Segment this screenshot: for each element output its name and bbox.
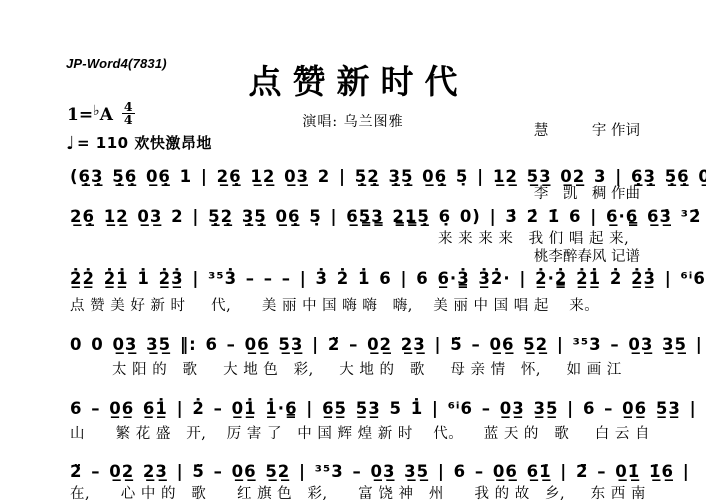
notation-line-4: 0 0 0̲3̲ 3̲5̲ ‖: 6 – 0̲6̲ 5̲3̲ | 2̈ – 0̲… bbox=[70, 333, 703, 357]
notation-line-5: 6 – 0̲6̲ 6̲1̲̇ | 2̇ – 0̲1̲̇ 1̲̇·6̳ | 6̲5… bbox=[70, 397, 697, 421]
time-signature-bottom: 4 bbox=[122, 114, 135, 125]
key-time-signature: 1=♭A44 bbox=[67, 102, 135, 125]
tempo-text: = 110 欢快激昂地 bbox=[77, 134, 212, 152]
notation-line-1: (6̣̲3̣̲ 5̣̲6̣̲ 0̲6̣̲ 1 | 2̲6̣̲ 1̲2̲ 0̲3̲… bbox=[70, 165, 706, 189]
flat-icon: ♭ bbox=[93, 103, 100, 119]
notation-line-3: 2̲̇2̲̇ 2̲̇1̲̇ 1̇ 2̲̇3̲̇ | ³⁵3̇ – – – | 3… bbox=[70, 267, 706, 291]
sheet-music-page: JP-Word4(7831) 点赞新时代 演唱: 乌兰图雅 慧 宇 作词 李 凯… bbox=[0, 0, 706, 500]
score: (6̣̲3̣̲ 5̣̲6̣̲ 0̲6̣̲ 1 | 2̲6̣̲ 1̲2̲ 0̲3̲… bbox=[70, 163, 656, 500]
lyrics-line-3: 点 赞 美 好 新 时 代, 美 丽 中 国 嗨 嗨 嗨, 美 丽 中 国 唱 … bbox=[70, 296, 599, 316]
tempo-marking: ♩= 110 欢快激昂地 bbox=[66, 132, 212, 154]
lyrics-line-4: 太 阳 的 歌 大 地 色 彩, 大 地 的 歌 母 亲 情 怀, 如 画 江 bbox=[70, 360, 622, 380]
key-note: A bbox=[100, 105, 113, 125]
notation-line-6: 2̈ – 0̲2̲ 2̲3̲ | 5̈ – 0̲6̲ 5̲2̲ | ³⁵3 – … bbox=[70, 460, 690, 484]
lyrics-line-2: 来 来 来 来 我 们 唱 起 来, bbox=[70, 229, 629, 249]
lyrics-line-6: 在, 心 中 的 歌 红 旗 色 彩, 富 饶 神 州 我 的 故 乡, 东 西… bbox=[70, 484, 646, 500]
lyrics-line-5: 山 繁 花 盛 开, 厉 害 了 中 国 辉 煌 新 时 代。 蓝 天 的 歌 … bbox=[70, 424, 650, 444]
key-prefix: 1= bbox=[67, 105, 93, 125]
notation-line-2: 2̲6̣̲ 1̲2̲ 0̲3̲ 2 | 5̣̲2̣̲ 3̣̲5̣̲ 0̲6̣̲ … bbox=[70, 205, 706, 229]
quarter-note-icon: ♩ bbox=[66, 133, 75, 154]
time-signature: 44 bbox=[122, 102, 135, 125]
lyricist-credit: 慧 宇 作词 bbox=[534, 121, 640, 142]
